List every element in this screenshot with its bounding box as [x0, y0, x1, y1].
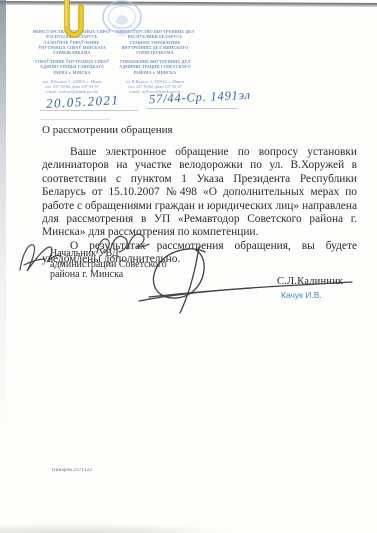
signer-name: С.Л.Калинник — [277, 276, 343, 287]
letterhead-left-ministry: МІНІСТЭРСТВА ЎНУТРАНЫХ СПРАЎ РЭСПУБЛІКІ … — [30, 29, 114, 55]
reply-reference-underline — [40, 119, 110, 120]
registrar-stamp-name: Качук И.В. — [281, 290, 322, 300]
handwritten-date: 20.05.2021 — [46, 92, 120, 112]
scan-top-edge — [0, 1, 377, 7]
letterhead-text-line: ГАРВЫКАНКАМА — [30, 50, 114, 55]
letterhead-text-line: РАЙОНА г. МИНСКА — [112, 70, 198, 75]
letterhead-left-department: УПРАЎЛЕННЕ ЎНУТРАНЫХ СПРАЎ АДМІНІСТРАЦЫІ… — [30, 59, 114, 75]
scan-bottom-shadow — [0, 523, 240, 533]
letterhead-text-line: АДМИНИСТРАЦИИ СОВЕТСКОГО — [112, 64, 198, 69]
letterhead-right-ministry: МИНИСТЕРСТВО ВНУТРЕННИХ ДЕЛ РЕСПУБЛИКИ Б… — [112, 29, 198, 55]
scan-left-edge-shadow — [0, 0, 6, 430]
signer-position: Начальник УВД администрации Советского р… — [50, 249, 200, 281]
body-paragraph-1: Ваше электронное обращение по вопросу ус… — [42, 146, 357, 240]
number-underline — [146, 108, 238, 109]
scanned-letter-page: МІНІСТЭРСТВА ЎНУТРАНЫХ СПРАЎ РЭСПУБЛІКІ … — [0, 0, 377, 533]
letterhead-text-line: ГОРИСПОЛКОМА — [112, 50, 198, 55]
handwritten-outgoing-number: 57/44-Ср. 1491эл — [149, 88, 251, 107]
letterhead-right-department: УПРАВЛЕНИЕ ВНУТРЕННИХ ДЕЛ АДМИНИСТРАЦИИ … — [112, 59, 198, 75]
letterhead-text-line: РАЁНА г. МІНСКА — [30, 70, 114, 75]
executor-line: Пинаров 2371122 — [52, 468, 92, 473]
signer-position-line: района г. Минска — [50, 270, 200, 281]
subject-line: О рассмотрении обращения — [42, 124, 173, 136]
letterhead-text-line: АДМІНІСТРАЦЫІ САВЕЦКАГА — [30, 64, 114, 69]
